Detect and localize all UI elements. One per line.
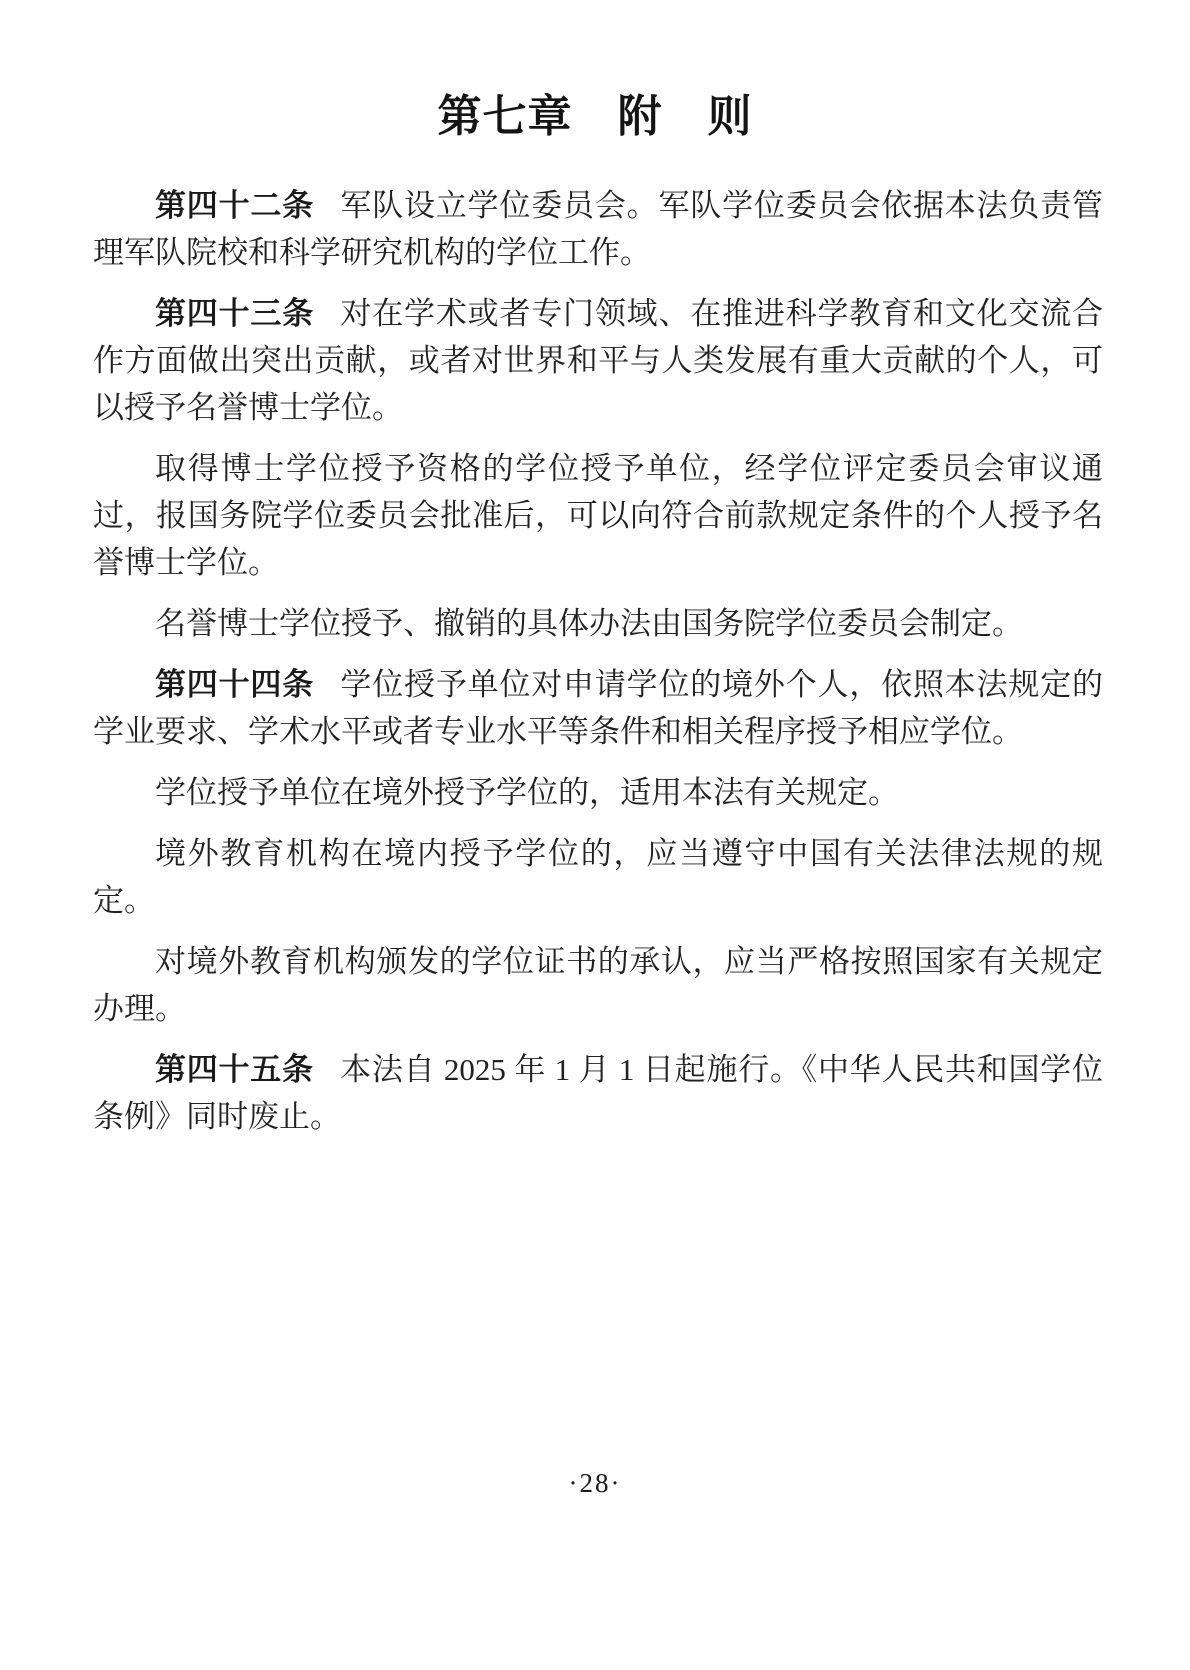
- article-number: 第四十五条: [155, 1052, 314, 1087]
- paragraph-text: 取得博士学位授予资格的学位授予单位，经学位评定委员会审议通过，报国务院学位委员会…: [93, 451, 1103, 580]
- paragraph: 学位授予单位在境外授予学位的，适用本法有关规定。: [93, 769, 1103, 816]
- chapter-title: 第七章 附 则: [0, 0, 1190, 146]
- paragraph-article-45: 第四十五条本法自 2025 年 1 月 1 日起施行。《中华人民共和国学位条例》…: [93, 1046, 1103, 1140]
- document-body: 第四十二条军队设立学位委员会。军队学位委员会依据本法负责管理军队院校和科学研究机…: [93, 182, 1103, 1140]
- page-number: ·28·: [0, 1468, 1190, 1499]
- document-page: 第七章 附 则 第四十二条军队设立学位委员会。军队学位委员会依据本法负责管理军队…: [0, 0, 1190, 1670]
- paragraph-article-43: 第四十三条对在学术或者专门领域、在推进科学教育和文化交流合作方面做出突出贡献，或…: [93, 290, 1103, 431]
- article-number: 第四十二条: [155, 188, 314, 223]
- article-number: 第四十三条: [155, 296, 314, 331]
- paragraph: 名誉博士学位授予、撤销的具体办法由国务院学位委员会制定。: [93, 600, 1103, 647]
- paragraph: 取得博士学位授予资格的学位授予单位，经学位评定委员会审议通过，报国务院学位委员会…: [93, 445, 1103, 586]
- article-number: 第四十四条: [155, 667, 314, 702]
- paragraph-text: 学位授予单位在境外授予学位的，适用本法有关规定。: [155, 775, 899, 810]
- paragraph-article-42: 第四十二条军队设立学位委员会。军队学位委员会依据本法负责管理军队院校和科学研究机…: [93, 182, 1103, 276]
- paragraph-text: 对境外教育机构颁发的学位证书的承认，应当严格按照国家有关规定办理。: [93, 944, 1103, 1026]
- paragraph: 对境外教育机构颁发的学位证书的承认，应当严格按照国家有关规定办理。: [93, 938, 1103, 1032]
- paragraph-text: 名誉博士学位授予、撤销的具体办法由国务院学位委员会制定。: [155, 606, 1023, 641]
- paragraph-article-44: 第四十四条学位授予单位对申请学位的境外个人，依照本法规定的学业要求、学术水平或者…: [93, 661, 1103, 755]
- paragraph: 境外教育机构在境内授予学位的，应当遵守中国有关法律法规的规定。: [93, 830, 1103, 924]
- paragraph-text: 境外教育机构在境内授予学位的，应当遵守中国有关法律法规的规定。: [93, 836, 1103, 918]
